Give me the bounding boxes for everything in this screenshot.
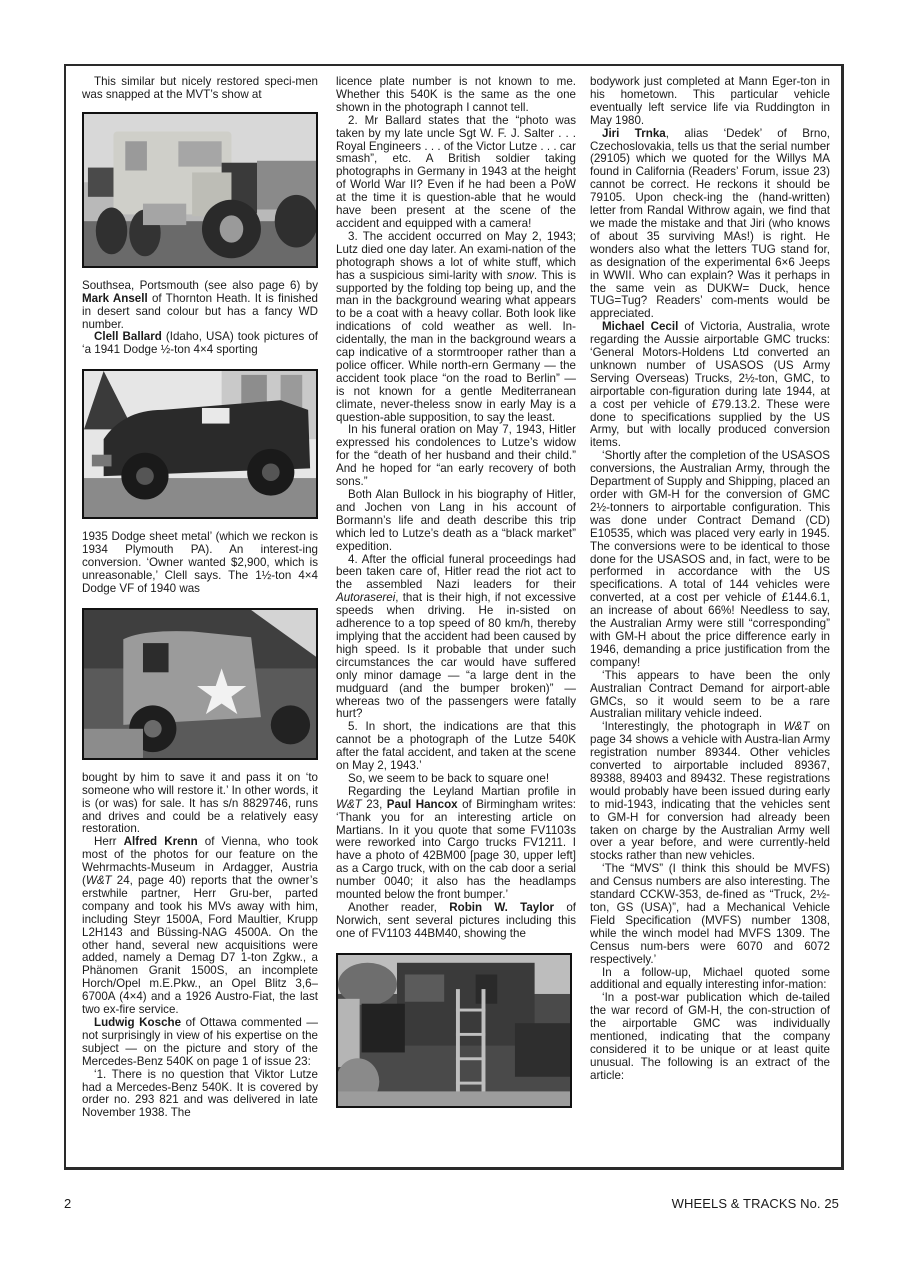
paragraph: 2. Mr Ballard states that the “photo was… (336, 115, 576, 231)
column-2: licence plate number is not known to me.… (336, 76, 576, 1108)
paragraph: 5. In short, the indications are that th… (336, 721, 576, 773)
paragraph: Regarding the Leyland Martian profile in… (336, 786, 576, 902)
paragraph: Jiri Trnka, alias ‘Dedek’ of Brno, Czech… (590, 128, 830, 322)
paragraph: ‘This appears to have been the only Aust… (590, 670, 830, 722)
paragraph: Both Alan Bullock in his biography of Hi… (336, 489, 576, 554)
photo-dodge-vf (82, 608, 318, 760)
paragraph: bought by him to save it and pass it on … (82, 772, 318, 837)
photo-restored-tractor (82, 112, 318, 268)
person-name: Jiri Trnka (602, 127, 666, 140)
paragraph: Ludwig Kosche of Ottawa commented — not … (82, 1017, 318, 1069)
paragraph: Michael Cecil of Victoria, Australia, wr… (590, 321, 830, 450)
paragraph: bodywork just completed at Mann Eger-ton… (590, 76, 830, 128)
paragraph: In a follow-up, Michael quoted some addi… (590, 967, 830, 993)
paragraph: ‘Shortly after the completion of the USA… (590, 450, 830, 669)
magazine-issue-footer: WHEELS & TRACKS No. 25 (672, 1196, 839, 1211)
person-name: Mark Ansell (82, 292, 148, 305)
person-name: Robin W. Taylor (449, 901, 554, 914)
fv1103-photo-image (338, 955, 570, 1106)
column-3: bodywork just completed at Mann Eger-ton… (590, 76, 830, 1083)
column-1: This similar but nicely restored speci-m… (82, 76, 318, 1120)
dodge-truck-photo-image (84, 371, 316, 517)
photo-fv1103 (336, 953, 572, 1108)
paragraph: Southsea, Portsmouth (see also page 6) b… (82, 280, 318, 332)
paragraph: Another reader, Robin W. Taylor of Norwi… (336, 902, 576, 941)
tractor-truck-photo-image (84, 114, 316, 266)
paragraph: ‘Interestingly, the photograph in W&T on… (590, 721, 830, 863)
photo-dodge-half-ton (82, 369, 318, 519)
page-number: 2 (64, 1196, 71, 1211)
dodge-vf-photo-image (84, 610, 316, 758)
paragraph: Herr Alfred Krenn of Vienna, who took mo… (82, 836, 318, 1017)
paragraph: ‘1. There is no question that Viktor Lut… (82, 1069, 318, 1121)
paragraph: 3. The accident occurred on May 2, 1943;… (336, 231, 576, 425)
paragraph: licence plate number is not known to me.… (336, 76, 576, 115)
paragraph: ‘In a post-war publication which de-tail… (590, 992, 830, 1082)
paragraph: Clell Ballard (Idaho, USA) took pictures… (82, 331, 318, 357)
paragraph: In his funeral oration on May 7, 1943, H… (336, 424, 576, 489)
person-name: Paul Hancox (387, 798, 458, 811)
person-name: Alfred Krenn (124, 835, 198, 848)
paragraph: ‘The “MVS” (I think this should be MVFS)… (590, 863, 830, 966)
paragraph: 1935 Dodge sheet metal’ (which we reckon… (82, 531, 318, 596)
person-name: Ludwig Kosche (94, 1016, 181, 1029)
paragraph: This similar but nicely restored speci-m… (82, 76, 318, 102)
paragraph: 4. After the official funeral proceeding… (336, 554, 576, 722)
person-name: Michael Cecil (602, 320, 678, 333)
person-name: Clell Ballard (94, 330, 162, 343)
